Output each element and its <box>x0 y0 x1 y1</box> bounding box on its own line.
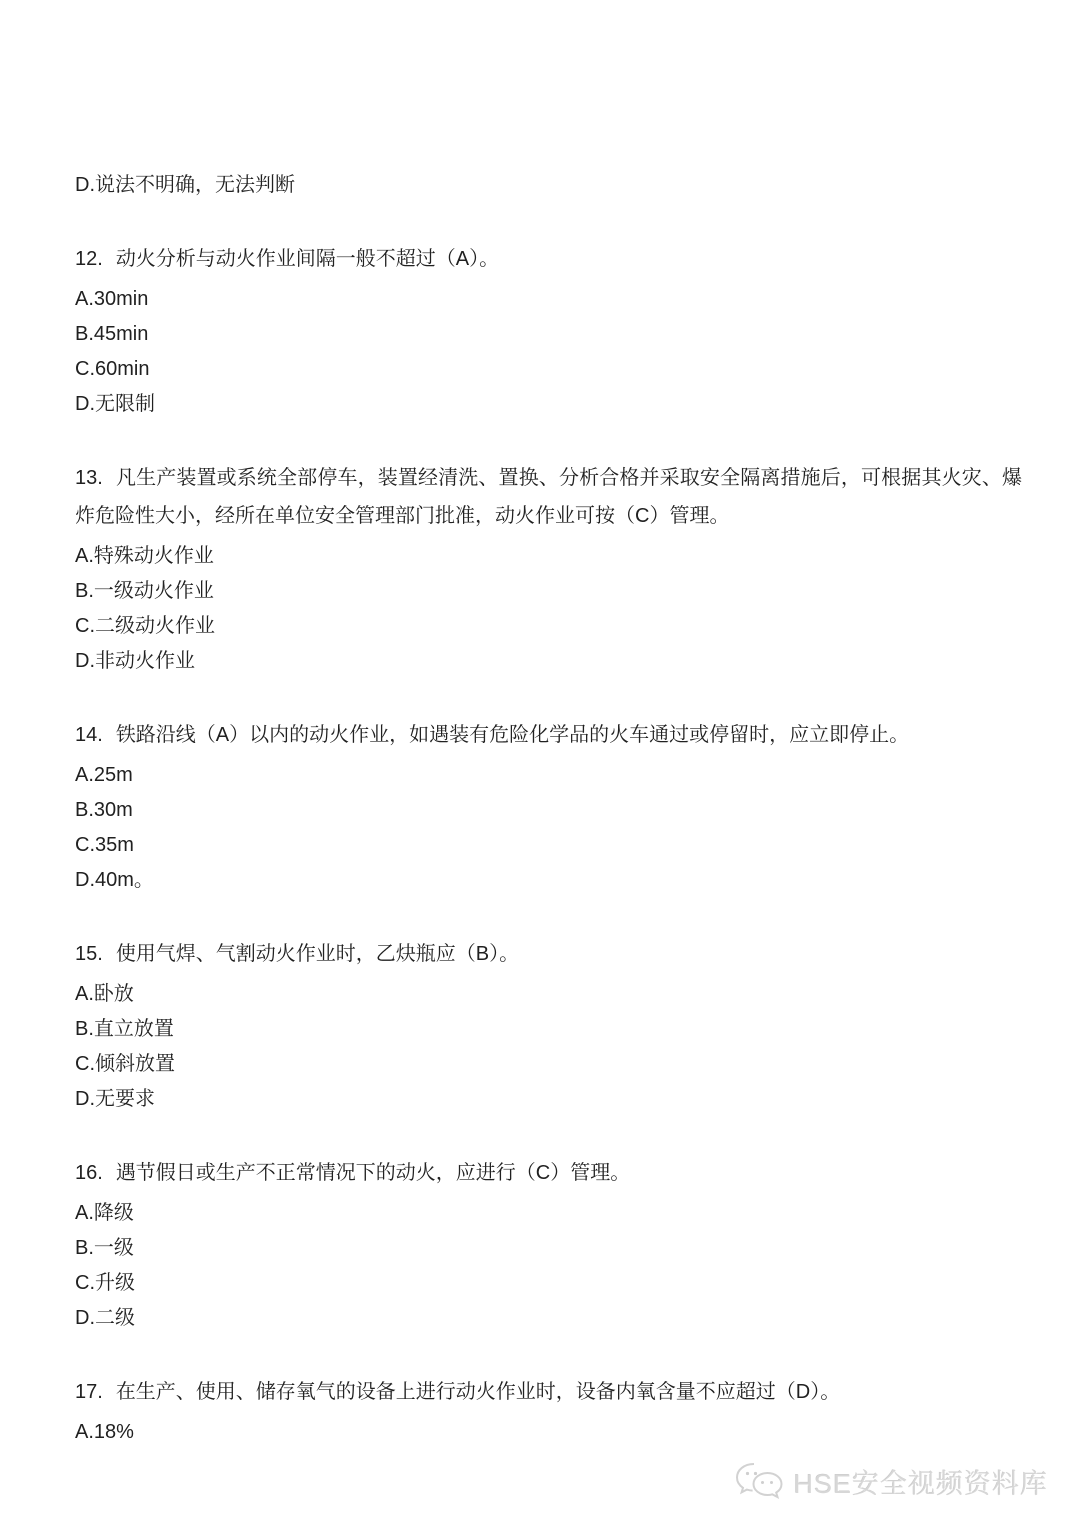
question-block: 14.铁路沿线（A）以内的动火作业，如遇装有危险化学品的火车通过或停留时，应立即… <box>75 716 1022 898</box>
options-list: A.30min B.45min C.60min D.无限制 <box>75 282 1022 422</box>
option-line: D.非动火作业 <box>75 644 1022 679</box>
option-line: C.二级动火作业 <box>75 609 1022 644</box>
option-line: D.说法不明确，无法判断 <box>75 168 1022 203</box>
question-stem: 17.在生产、使用、储存氧气的设备上进行动火作业时，设备内氧含量不应超过（D）。 <box>75 1373 1022 1411</box>
question-stem: 14.铁路沿线（A）以内的动火作业，如遇装有危险化学品的火车通过或停留时，应立即… <box>75 716 1022 754</box>
question-stem: 15.使用气焊、气割动火作业时，乙炔瓶应（B）。 <box>75 935 1022 973</box>
option-line: B.一级动火作业 <box>75 574 1022 609</box>
option-line: B.直立放置 <box>75 1012 1022 1047</box>
option-line: B.30m <box>75 793 1022 828</box>
option-line: D.40m。 <box>75 863 1022 898</box>
options-list: A.降级 B.一级 C.升级 D.二级 <box>75 1196 1022 1336</box>
question-number: 14. <box>75 716 103 754</box>
question-block: D.说法不明确，无法判断 <box>75 168 1022 203</box>
document-page: /* placeholder removed below; leftover b… <box>0 0 1080 1528</box>
question-number: 15. <box>75 935 103 973</box>
question-stem: 12.动火分析与动火作业间隔一般不超过（A）。 <box>75 240 1022 278</box>
option-line: A.卧放 <box>75 977 1022 1012</box>
options-list: A.25m B.30m C.35m D.40m。 <box>75 758 1022 898</box>
option-line: A.30min <box>75 282 1022 317</box>
option-line: C.35m <box>75 828 1022 863</box>
question-number: 17. <box>75 1373 103 1411</box>
question-text: 遇节假日或生产不正常情况下的动火，应进行（C）管理。 <box>116 1162 630 1184</box>
question-stem: 13.凡生产装置或系统全部停车，装置经清洗、置换、分析合格并采取安全隔离措施后，… <box>75 459 1022 535</box>
option-line: A.18% <box>75 1415 1022 1450</box>
option-line: A.特殊动火作业 <box>75 539 1022 574</box>
question-text: 动火分析与动火作业间隔一般不超过（A）。 <box>116 248 499 270</box>
question-block: 16.遇节假日或生产不正常情况下的动火，应进行（C）管理。 A.降级 B.一级 … <box>75 1154 1022 1336</box>
question-text: 使用气焊、气割动火作业时，乙炔瓶应（B）。 <box>116 943 519 965</box>
options-list: A.特殊动火作业 B.一级动火作业 C.二级动火作业 D.非动火作业 <box>75 539 1022 679</box>
question-number: 12. <box>75 240 103 278</box>
option-line: C.60min <box>75 352 1022 387</box>
wechat-chat-bubbles-icon <box>733 1460 785 1502</box>
question-number: 16. <box>75 1154 103 1192</box>
option-line: A.25m <box>75 758 1022 793</box>
options-list: A.18% <box>75 1415 1022 1450</box>
watermark-text: HSE安全视频资料库 <box>793 1462 1048 1501</box>
option-line: D.无限制 <box>75 387 1022 422</box>
watermark: HSE安全视频资料库 <box>733 1460 1048 1502</box>
question-block: 12.动火分析与动火作业间隔一般不超过（A）。 A.30min B.45min … <box>75 240 1022 422</box>
question-stem: 16.遇节假日或生产不正常情况下的动火，应进行（C）管理。 <box>75 1154 1022 1192</box>
option-line: B.45min <box>75 317 1022 352</box>
option-line: D.二级 <box>75 1301 1022 1336</box>
question-number: 13. <box>75 459 103 497</box>
question-text: 凡生产装置或系统全部停车，装置经清洗、置换、分析合格并采取安全隔离措施后，可根据… <box>75 467 1022 527</box>
question-block: 13.凡生产装置或系统全部停车，装置经清洗、置换、分析合格并采取安全隔离措施后，… <box>75 459 1022 679</box>
option-line: D.无要求 <box>75 1082 1022 1117</box>
question-text: 在生产、使用、储存氧气的设备上进行动火作业时，设备内氧含量不应超过（D）。 <box>116 1381 840 1403</box>
question-block: 15.使用气焊、气割动火作业时，乙炔瓶应（B）。 A.卧放 B.直立放置 C.倾… <box>75 935 1022 1117</box>
question-text: 铁路沿线（A）以内的动火作业，如遇装有危险化学品的火车通过或停留时，应立即停止。 <box>116 724 909 746</box>
option-line: C.倾斜放置 <box>75 1047 1022 1082</box>
question-block: 17.在生产、使用、储存氧气的设备上进行动火作业时，设备内氧含量不应超过（D）。… <box>75 1373 1022 1450</box>
option-line: B.一级 <box>75 1231 1022 1266</box>
option-line: C.升级 <box>75 1266 1022 1301</box>
option-line: A.降级 <box>75 1196 1022 1231</box>
options-list: A.卧放 B.直立放置 C.倾斜放置 D.无要求 <box>75 977 1022 1117</box>
